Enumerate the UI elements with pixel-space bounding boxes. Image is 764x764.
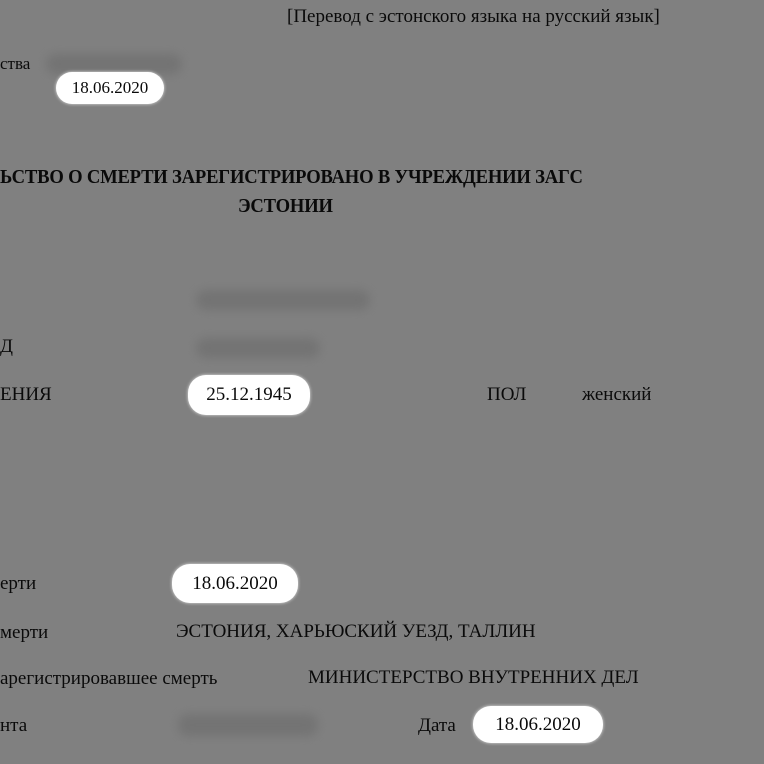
registrar-label: арегистрировавшее смерть — [0, 668, 217, 690]
document-title-line2: ЭСТОНИИ — [238, 195, 333, 218]
redacted-name — [196, 290, 370, 310]
document-title-line1: ЬСТВО О СМЕРТИ ЗАРЕГИСТРИРОВАНО В УЧРЕЖД… — [0, 166, 583, 189]
sex-label: ПОЛ — [487, 384, 526, 406]
death-date-highlight: 18.06.2020 — [172, 564, 298, 603]
document-date-highlight: 18.06.2020 — [473, 706, 603, 743]
certificate-label: ства — [0, 54, 30, 74]
birth-date-highlight: 25.12.1945 — [188, 375, 310, 415]
death-place-label: мерти — [0, 622, 48, 644]
birth-date-label: ЕНИЯ — [0, 384, 52, 406]
redacted-id-code — [196, 338, 320, 358]
certificate-date-highlight: 18.06.2020 — [56, 72, 164, 104]
registrar-value: МИНИСТЕРСТВО ВНУТРЕННИХ ДЕЛ — [308, 667, 639, 689]
document-number-label: нта — [0, 715, 27, 737]
redacted-certificate-number — [46, 54, 182, 74]
sex-value: женский — [582, 384, 651, 406]
death-place-value: ЭСТОНИЯ, ХАРЬЮСКИЙ УЕЗД, ТАЛЛИН — [176, 621, 536, 643]
id-code-label: Д — [0, 336, 13, 358]
redacted-document-number — [178, 714, 318, 736]
document-date-label: Дата — [418, 715, 456, 737]
translation-note: [Перевод с эстонского языка на русский я… — [287, 6, 660, 28]
death-date-label: ерти — [0, 573, 36, 595]
